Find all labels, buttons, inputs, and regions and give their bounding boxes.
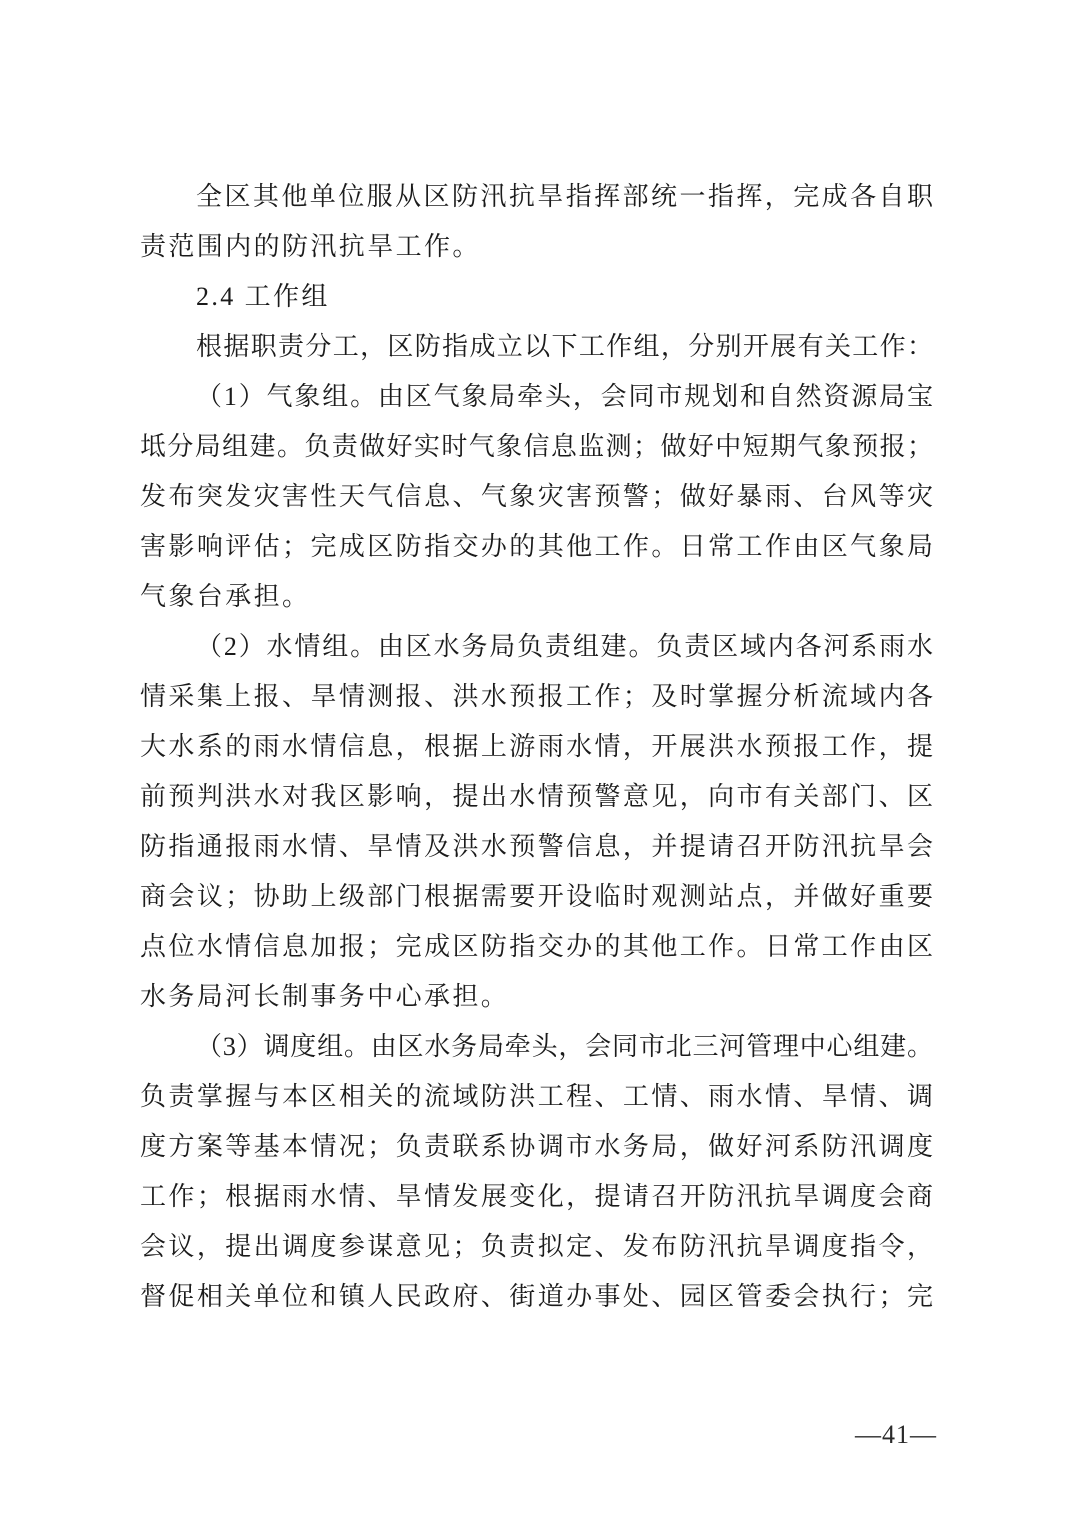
text-line: 气象台承担。 <box>140 572 933 622</box>
paragraph-dispatch-group: （3）调度组。由区水务局牵头，会同市北三河管理中心组建。 负责掌握与本区相关的流… <box>140 1022 933 1322</box>
text-line: 点位水情信息加报；完成区防指交办的其他工作。日常工作由区 <box>140 922 933 972</box>
text-line: 根据职责分工，区防指成立以下工作组，分别开展有关工作： <box>140 322 933 372</box>
text-line: 坻分局组建。负责做好实时气象信息监测；做好中短期气象预报； <box>140 422 933 472</box>
section-heading-2-4: 2.4 工作组 <box>140 272 933 322</box>
text-line: 发布突发灾害性天气信息、气象灾害预警；做好暴雨、台风等灾 <box>140 472 933 522</box>
text-line: 情采集上报、旱情测报、洪水预报工作；及时掌握分析流域内各 <box>140 672 933 722</box>
text-line: 度方案等基本情况；负责联系协调市水务局，做好河系防汛调度 <box>140 1122 933 1172</box>
text-line: 防指通报雨水情、旱情及洪水预警信息，并提请召开防汛抗旱会 <box>140 822 933 872</box>
paragraph-water-regime-group: （2）水情组。由区水务局负责组建。负责区域内各河系雨水 情采集上报、旱情测报、洪… <box>140 622 933 1022</box>
paragraph: 全区其他单位服从区防汛抗旱指挥部统一指挥，完成各自职 责范围内的防汛抗旱工作。 <box>140 172 933 272</box>
paragraph-weather-group: （1）气象组。由区气象局牵头，会同市规划和自然资源局宝 坻分局组建。负责做好实时… <box>140 372 933 622</box>
text-line: 前预判洪水对我区影响，提出水情预警意见，向市有关部门、区 <box>140 772 933 822</box>
page-body: 全区其他单位服从区防汛抗旱指挥部统一指挥，完成各自职 责范围内的防汛抗旱工作。 … <box>140 172 933 1322</box>
section-heading-text: 2.4 工作组 <box>140 272 933 322</box>
text-line: 害影响评估；完成区防指交办的其他工作。日常工作由区气象局 <box>140 522 933 572</box>
page-number: —41— <box>855 1418 937 1452</box>
text-line: （1）气象组。由区气象局牵头，会同市规划和自然资源局宝 <box>140 372 933 422</box>
text-line: 商会议；协助上级部门根据需要开设临时观测站点，并做好重要 <box>140 872 933 922</box>
text-line: （2）水情组。由区水务局负责组建。负责区域内各河系雨水 <box>140 622 933 672</box>
text-line: 工作；根据雨水情、旱情发展变化，提请召开防汛抗旱调度会商 <box>140 1172 933 1222</box>
text-line: 全区其他单位服从区防汛抗旱指挥部统一指挥，完成各自职 <box>140 172 933 222</box>
text-line: 责范围内的防汛抗旱工作。 <box>140 222 933 272</box>
paragraph: 根据职责分工，区防指成立以下工作组，分别开展有关工作： <box>140 322 933 372</box>
text-line: 督促相关单位和镇人民政府、街道办事处、园区管委会执行；完 <box>140 1272 933 1322</box>
text-line: 大水系的雨水情信息，根据上游雨水情，开展洪水预报工作，提 <box>140 722 933 772</box>
text-line: 水务局河长制事务中心承担。 <box>140 972 933 1022</box>
text-line: （3）调度组。由区水务局牵头，会同市北三河管理中心组建。 <box>140 1022 933 1072</box>
text-line: 负责掌握与本区相关的流域防洪工程、工情、雨水情、旱情、调 <box>140 1072 933 1122</box>
text-line: 会议，提出调度参谋意见；负责拟定、发布防汛抗旱调度指令， <box>140 1222 933 1272</box>
document-page: 全区其他单位服从区防汛抗旱指挥部统一指挥，完成各自职 责范围内的防汛抗旱工作。 … <box>0 0 1074 1520</box>
